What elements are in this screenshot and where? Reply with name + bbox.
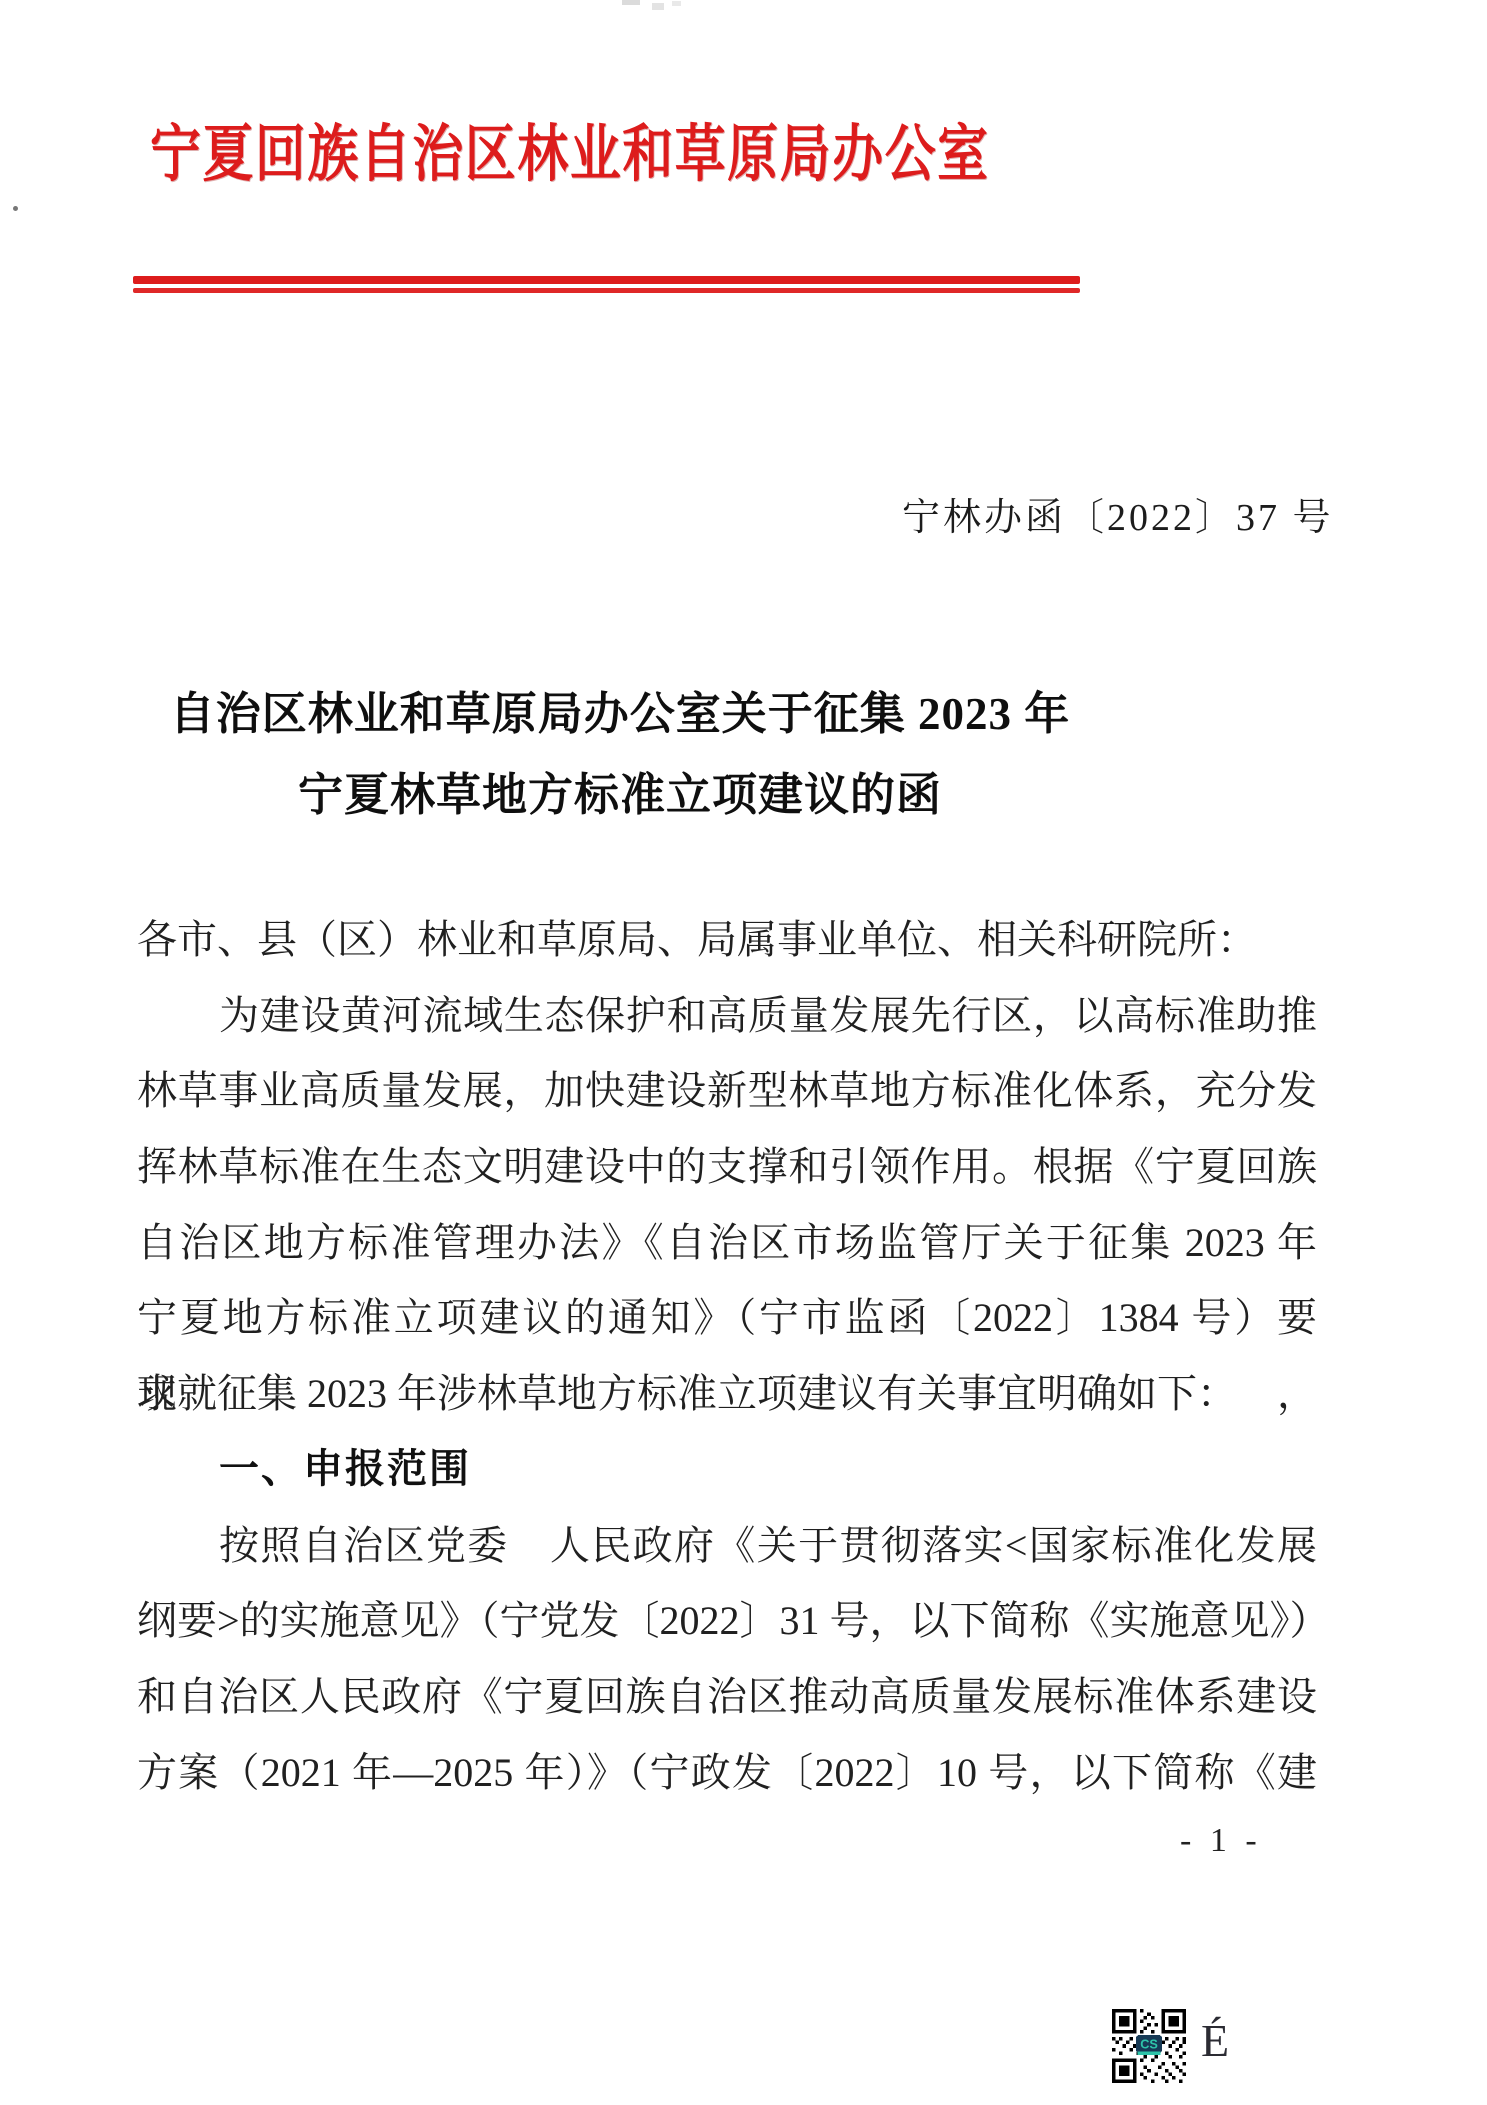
body-line: 挥林草标准在生态文明建设中的支撑和引领作用。根据《宁夏回族	[137, 1129, 1317, 1205]
red-divider-top-line	[133, 276, 1080, 284]
page-number: - 1 -	[1180, 1822, 1262, 1860]
body-line: 为建设黄河流域生态保护和高质量发展先行区，以高标准助推	[137, 978, 1317, 1054]
body-line: 按照自治区党委 人民政府《关于贯彻落实<国家标准化发展	[137, 1508, 1317, 1584]
section-heading: 一、申报范围	[137, 1432, 1317, 1508]
document-number: 宁林办函〔2022〕37 号	[902, 486, 1334, 541]
scan-artifact	[13, 206, 18, 211]
scan-artifact	[622, 0, 686, 13]
body-line: 纲要>的实施意见》（宁党发〔2022〕31 号，以下简称《实施意见》）	[137, 1583, 1317, 1659]
document-title-line2: 宁夏林草地方标准立项建议的函	[100, 755, 1140, 836]
body-line: 自治区地方标准管理办法》《自治区市场监管厅关于征集 2023 年	[137, 1205, 1317, 1281]
body-salutation: 各市、县（区）林业和草原局、局属事业单位、相关科研院所：	[137, 902, 1317, 978]
body-line: 方案（2021 年—2025 年）》（宁政发〔2022〕10 号，以下简称《建	[137, 1735, 1317, 1811]
body-line: 现就征集 2023 年涉林草地方标准立项建议有关事宜明确如下：	[137, 1356, 1317, 1432]
qr-logo-bar	[1137, 2052, 1160, 2055]
qr-code: CS	[1112, 2009, 1186, 2083]
body-line: 林草事业高质量发展，加快建设新型林草地方标准化体系，充分发	[137, 1053, 1317, 1129]
document-title-line1: 自治区林业和草原局办公室关于征集 2023 年	[100, 674, 1140, 755]
red-divider	[133, 276, 1080, 293]
document-page: 宁夏回族自治区林业和草原局办公室 宁林办函〔2022〕37 号 自治区林业和草原…	[0, 0, 1487, 2105]
scan-stray-character: É	[1201, 2014, 1229, 2067]
qr-logo-text: CS	[1140, 2037, 1158, 2051]
body-line: 宁夏地方标准立项建议的通知》（宁市监函〔2022〕1384 号）要求，	[137, 1280, 1317, 1356]
document-title: 自治区林业和草原局办公室关于征集 2023 年 宁夏林草地方标准立项建议的函	[100, 674, 1140, 836]
qr-code-image: CS	[1112, 2009, 1186, 2083]
masthead-title: 宁夏回族自治区林业和草原局办公室	[150, 104, 990, 193]
body-line: 和自治区人民政府《宁夏回族自治区推动高质量发展标准体系建设	[137, 1659, 1317, 1735]
red-divider-bottom-line	[133, 288, 1080, 293]
document-body: 各市、县（区）林业和草原局、局属事业单位、相关科研院所： 为建设黄河流域生态保护…	[137, 902, 1317, 1810]
